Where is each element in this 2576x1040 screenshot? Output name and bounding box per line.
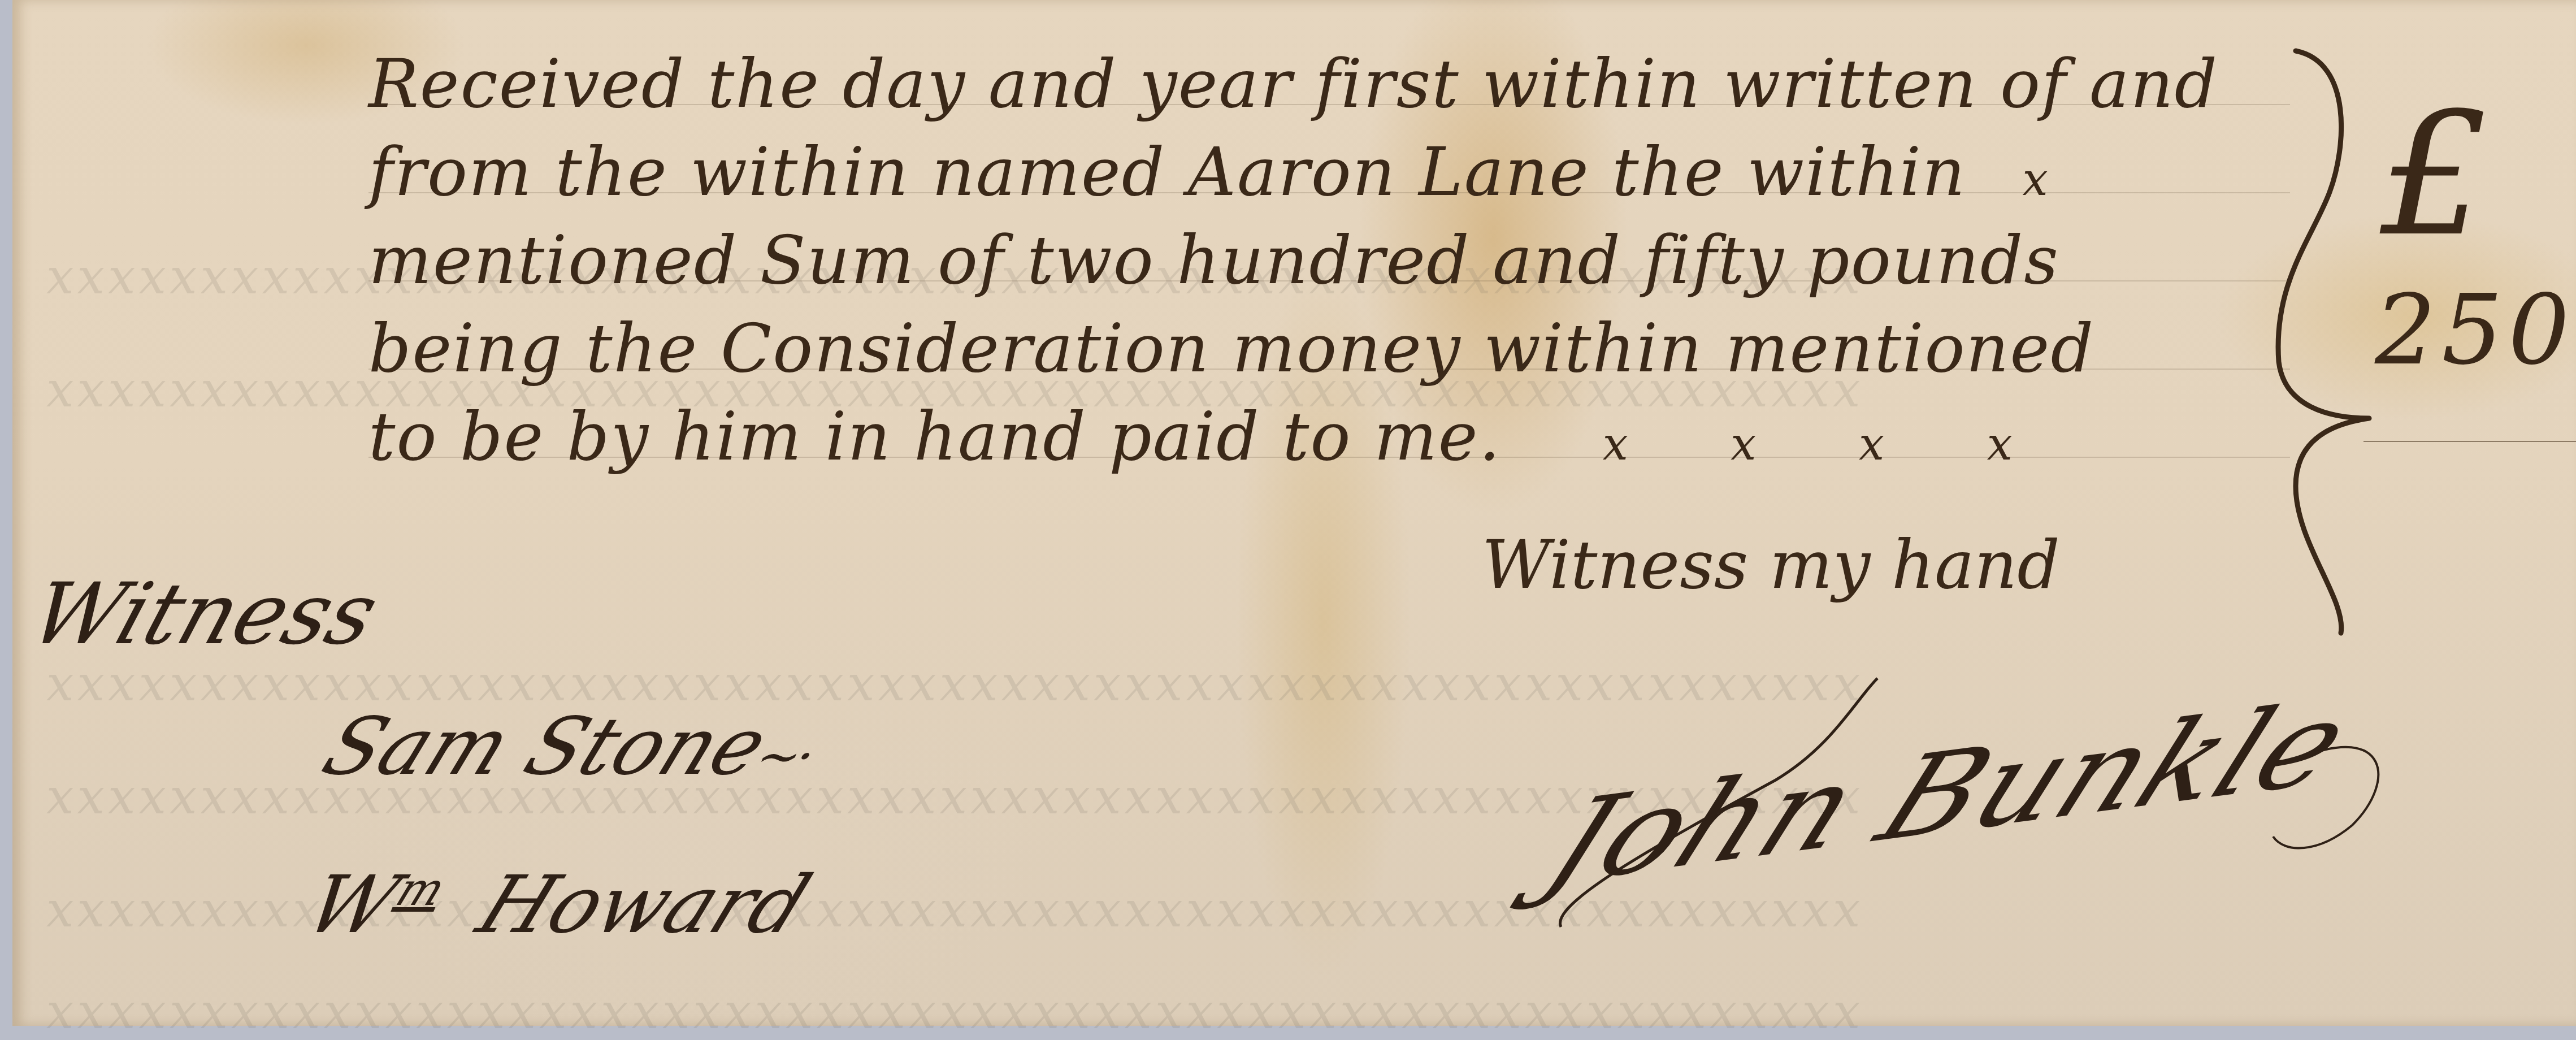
witness-label: Witness [19,565,390,664]
line-filler-mark: x [1987,418,2014,470]
line-filler-mark: x [1731,418,1757,470]
ruled-line [368,280,2290,281]
bleed-through-text: xxxxxxxxxxxxxxxxxxxxxxxxxxxxxxxxxxxxxxxx… [46,983,1864,1026]
receipt-body: Received the day and year first within w… [368,40,2290,480]
amount-block: £ 250. [2363,90,2576,463]
receipt-line-3: mentioned Sum of two hundred and fifty p… [368,216,2290,304]
receipt-line-1: Received the day and year first within w… [368,40,2290,128]
receipt-line-4: being the Consideration money within men… [368,304,2290,392]
ruled-line [368,457,2290,458]
line-filler-mark: x [1859,418,1885,470]
line-filler-mark: x [2023,153,2049,206]
ruled-line [368,369,2290,370]
witness-signature-sam-stone: Sam Stone~· [310,701,832,793]
line-filler-mark: x [1603,418,1629,470]
ruled-line [368,192,2290,193]
receipt-line-2: from the within named Aaron Lane the wit… [368,128,2290,216]
bleed-through-text: xxxxxxxxxxxxxxxxxxxxxxxxxxxxxxxxxxxxxxxx… [46,656,1864,712]
ruled-line [368,104,2290,105]
receipt-line-5: to be by him in hand paid to me. x x x x [368,392,2290,480]
closing-witness-my-hand: Witness my hand [1482,526,2060,604]
witness-signature-wm-howard: Wm Howard [293,859,822,951]
amount-value: 250. [2375,283,2576,379]
pound-sign: £ [2380,90,2488,260]
parchment-page: xxxxxxxxxxxxxxxxxxxxxxxxxxxxxxxxxxxxxxxx… [12,0,2576,1026]
amount-underline [2363,441,2576,442]
